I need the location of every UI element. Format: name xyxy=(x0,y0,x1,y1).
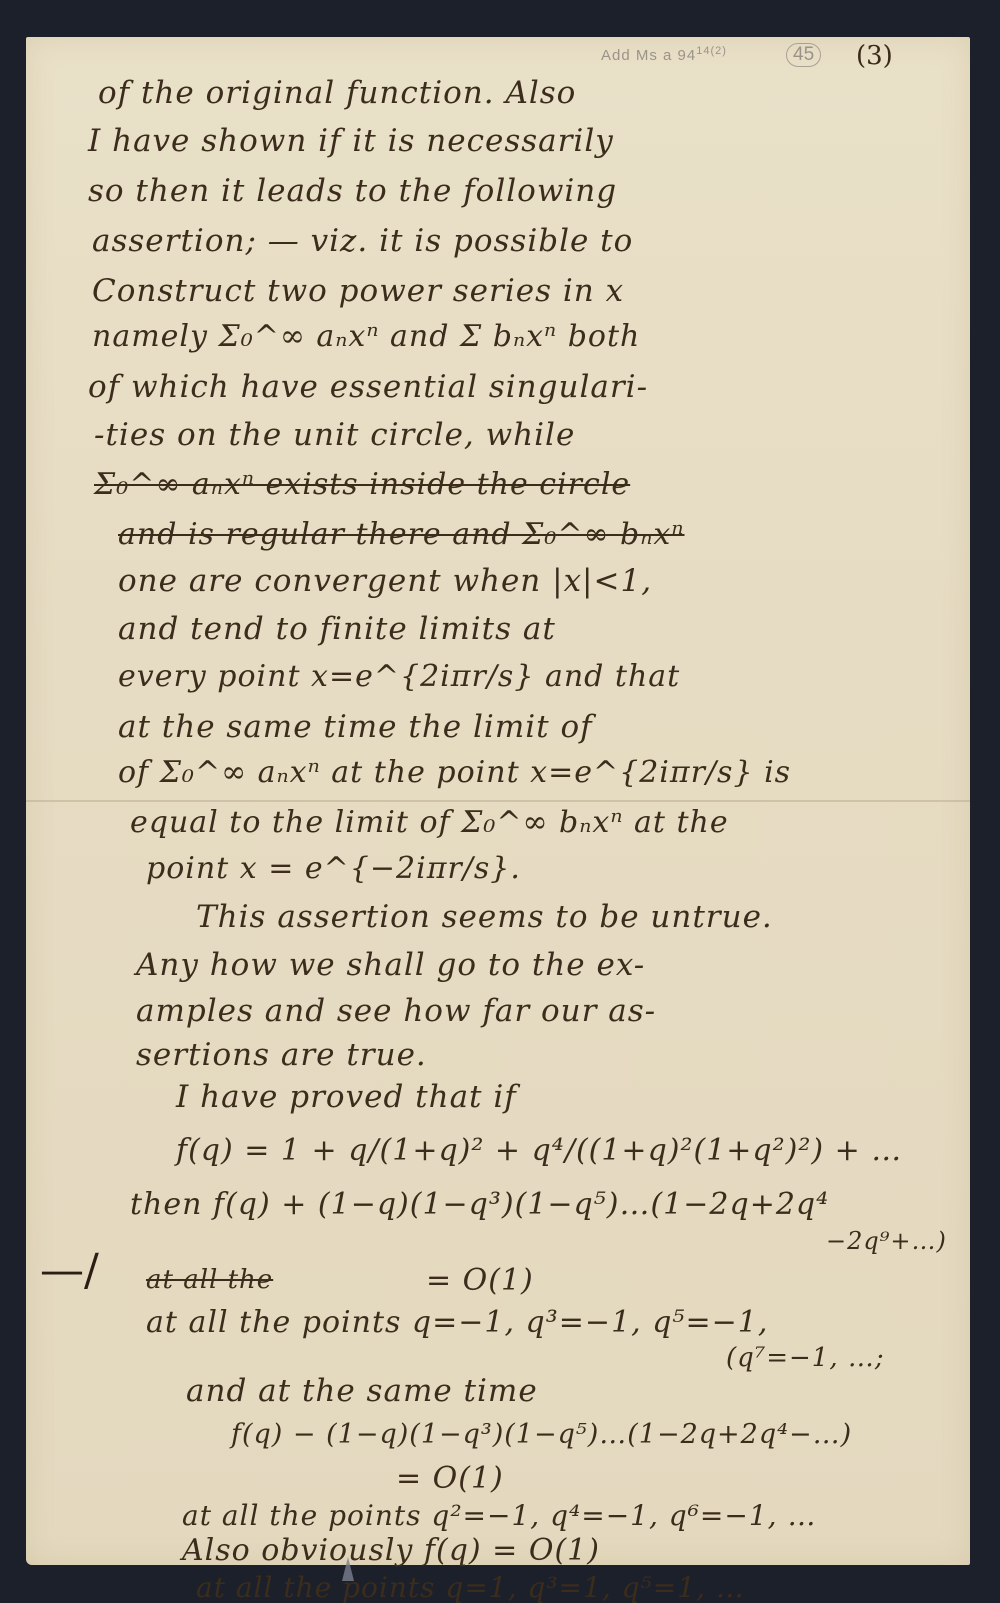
page-number: (3) xyxy=(856,41,893,71)
text-line: one are convergent when |x|<1, xyxy=(118,563,652,599)
text-line: every point x=e^{2iπr/s} and that xyxy=(118,659,680,694)
text-line: This assertion seems to be untrue. xyxy=(196,899,773,935)
text-line: of the original function. Also xyxy=(98,75,576,111)
text-line: and at the same time xyxy=(186,1373,538,1409)
struck-line: at all the xyxy=(146,1265,273,1295)
manuscript-page: Add Ms a 9414(2) 45 (3) of the original … xyxy=(26,37,970,1565)
text-line: equal to the limit of Σ₀^∞ bₙxⁿ at the xyxy=(130,805,729,840)
text-line: at all the points q=1, q³=1, q⁵=1, … xyxy=(196,1571,745,1603)
text-line: Construct two power series in x xyxy=(92,273,624,309)
equation-continuation: (q⁷=−1, …; xyxy=(726,1343,885,1373)
fold-line xyxy=(26,800,970,802)
equation: f(q) = 1 + q/(1+q)² + q⁴/((1+q)²(1+q²)²)… xyxy=(176,1133,902,1168)
equation: f(q) − (1−q)(1−q³)(1−q⁵)…(1−2q+2q⁴−…) xyxy=(231,1419,852,1450)
text-line: so then it leads to the following xyxy=(88,173,617,209)
text-line: of Σ₀^∞ aₙxⁿ at the point x=e^{2iπr/s} i… xyxy=(118,755,791,790)
text-line: Also obviously f(q) = O(1) xyxy=(182,1533,600,1568)
text-line: I have shown if it is necessarily xyxy=(88,123,614,159)
text-line: -ties on the unit circle, while xyxy=(94,417,575,453)
equation-continuation: −2q⁹+…) xyxy=(826,1227,947,1255)
folio-number: 45 xyxy=(786,43,821,67)
text-line: at all the points q=−1, q³=−1, q⁵=−1, xyxy=(146,1305,768,1340)
text-line: I have proved that if xyxy=(176,1079,517,1115)
equation: = O(1) xyxy=(396,1461,504,1496)
text-line: sertions are true. xyxy=(136,1037,427,1073)
text-line: at all the points q²=−1, q⁴=−1, q⁶=−1, … xyxy=(182,1499,816,1532)
archive-shelfmark: Add Ms a 9414(2) xyxy=(601,45,727,64)
equation: = O(1) xyxy=(426,1263,534,1298)
text-line: Any how we shall go to the ex- xyxy=(136,947,645,983)
margin-mark: —/ xyxy=(40,1245,99,1296)
text-line: amples and see how far our as- xyxy=(136,993,656,1029)
struck-line: and is regular there and Σ₀^∞ bₙxⁿ xyxy=(118,517,685,552)
text-line: namely Σ₀^∞ aₙxⁿ and Σ bₙxⁿ both xyxy=(92,319,640,354)
text-line: of which have essential singulari- xyxy=(88,369,648,405)
text-line: at the same time the limit of xyxy=(118,709,593,745)
text-line: and tend to finite limits at xyxy=(118,611,556,647)
text-line: assertion; — viz. it is possible to xyxy=(92,223,633,259)
text-line: point x = e^{−2iπr/s}. xyxy=(146,851,521,886)
equation: then f(q) + (1−q)(1−q³)(1−q⁵)…(1−2q+2q⁴ xyxy=(130,1187,829,1222)
struck-line: Σ₀^∞ aₙxⁿ exists inside the circle xyxy=(94,467,630,502)
